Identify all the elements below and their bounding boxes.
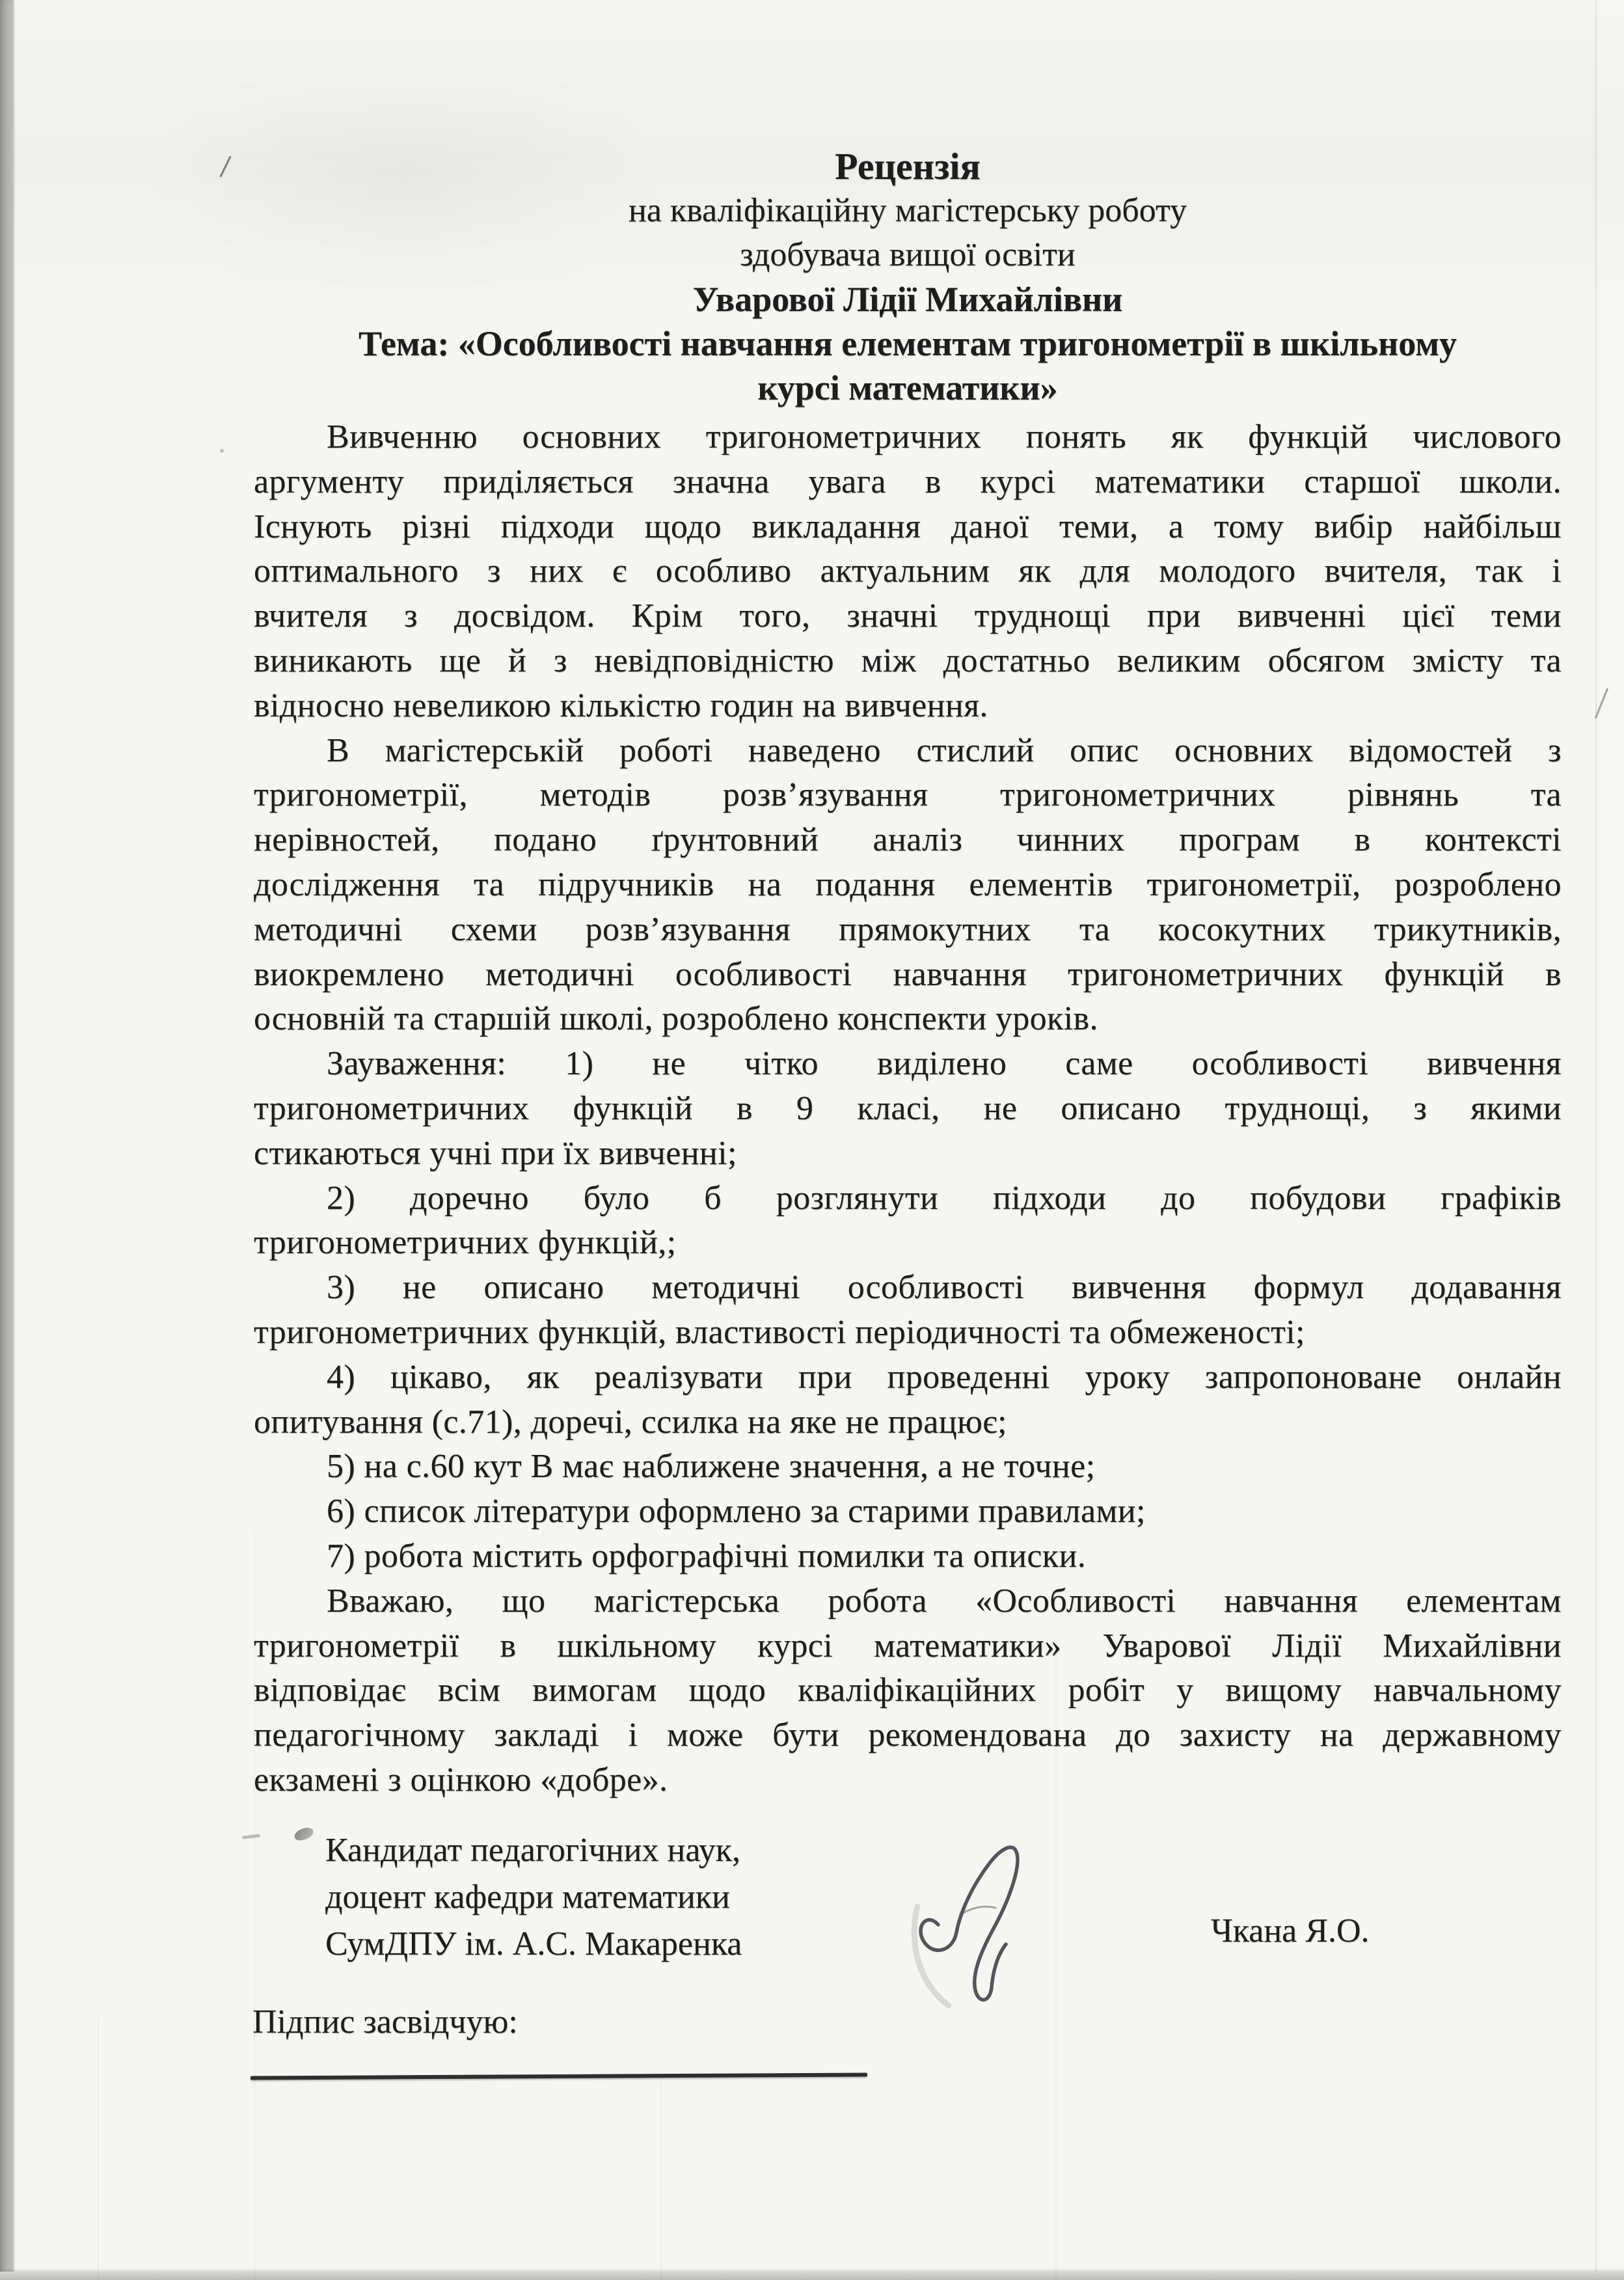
- document-header: Рецензіяна кваліфікаційну магістерську р…: [254, 144, 1562, 410]
- body-text-line: 3) не описано методичні особливості вивч…: [254, 1266, 1562, 1310]
- body-text-line: 4) цікаво, як реалізувати при проведенні…: [254, 1355, 1562, 1400]
- body-text-line: тригонометричних функцій, властивості пе…: [254, 1310, 1562, 1355]
- body-text-line: нерівностей, подано ґрунтовний аналіз чи…: [254, 818, 1562, 863]
- header-line: Уварової Лідії Михайлівни: [254, 277, 1562, 321]
- body-text-line: тригонометричних функцій,;: [254, 1221, 1562, 1266]
- body-text-line: відповідає всім вимогам щодо кваліфікаці…: [254, 1668, 1562, 1713]
- header-line: здобувача вищої освіти: [254, 233, 1562, 277]
- body-text-line: основній та старшій школі, розроблено ко…: [254, 997, 1562, 1042]
- header-line: Рецензія: [254, 144, 1562, 189]
- body-text-line: Вважаю, що магістерська робота «Особливо…: [254, 1579, 1562, 1624]
- pen-smudge: [242, 1834, 260, 1839]
- paper-left-edge: [13, 0, 16, 2280]
- body-text-line: вчителя з досвідом. Крім того, значні тр…: [254, 594, 1562, 639]
- scan-speck: [220, 449, 224, 453]
- body-text-line: оптимального з них є особливо актуальним…: [254, 549, 1562, 594]
- paper-crease: [98, 2017, 99, 2280]
- body-text-line: методичні схеми розв’язування прямокутни…: [254, 908, 1562, 953]
- signature-stroke: [921, 1847, 1018, 2000]
- header-line: на кваліфікаційну магістерську роботу: [254, 189, 1562, 233]
- header-line: Тема: «Особливості навчання елементам тр…: [254, 321, 1562, 366]
- body-text-line: педагогічному закладі і може бути рекоме…: [254, 1713, 1562, 1758]
- signer-name: Чкана Я.О.: [1211, 1910, 1370, 1952]
- body-text-line: Вивченню основних тригонометричних понят…: [254, 415, 1562, 460]
- signer-credential-line: Кандидат педагогічних наук,: [325, 1827, 950, 1874]
- paper-right-strip: [1597, 0, 1624, 2280]
- pen-stray-mark: [219, 156, 231, 178]
- body-text-line: екзамені з оцінкою «добре».: [254, 1758, 1562, 1803]
- body-text-line: стикаються учні при їх вивченні;: [254, 1132, 1562, 1176]
- pen-blot: [293, 1826, 315, 1842]
- body-text-line: 7) робота містить орфографічні помилки т…: [254, 1534, 1562, 1579]
- signature-line: [250, 2073, 867, 2080]
- body-text-line: тригонометрії в шкільному курсі математи…: [254, 1624, 1562, 1669]
- body-text-line: аргументу приділяється значна увага в ку…: [254, 460, 1562, 505]
- body-text-line: відносно невеликою кількістю годин на ви…: [254, 684, 1562, 729]
- signer-credential-line: доцент кафедри математики: [325, 1874, 950, 1921]
- signer-credentials: Кандидат педагогічних наук,доцент кафедр…: [325, 1827, 950, 1968]
- body-text-line: тригонометричних функцій в 9 класі, не о…: [254, 1087, 1562, 1132]
- body-text-line: 2) доречно було б розглянути підходи до …: [254, 1176, 1562, 1221]
- body-text-line: виникають ще й з невідповідністю між дос…: [254, 639, 1562, 684]
- body-text-line: Зауваження: 1) не чітко виділено саме ос…: [254, 1042, 1562, 1087]
- scanner-bottom-band: [0, 2272, 1624, 2280]
- scanned-document-page: Рецензіяна кваліфікаційну магістерську р…: [0, 0, 1624, 2280]
- body-text-line: Існують різні підходи щодо викладання да…: [254, 505, 1562, 550]
- body-text-line: 5) на с.60 кут В має наближене значення,…: [254, 1445, 1562, 1489]
- body-text-line: виокремлено методичні особливості навчан…: [254, 953, 1562, 998]
- handwritten-signature: [898, 1828, 1067, 2017]
- certify-label: Підпис засвідчую:: [252, 1999, 518, 2046]
- scanner-left-band: [0, 0, 13, 2280]
- body-text-line: 6) список літератури оформлено за старим…: [254, 1489, 1562, 1534]
- document-body: Вивченню основних тригонометричних понят…: [254, 415, 1562, 1803]
- body-text-line: дослідження та підручників на подання ел…: [254, 863, 1562, 908]
- paper-crease: [660, 2082, 662, 2280]
- signer-credential-line: СумДПУ ім. А.С. Макаренка: [325, 1921, 950, 1968]
- body-text-line: тригонометрії, методів розв’язування три…: [254, 773, 1562, 818]
- body-text-line: В магістерській роботі наведено стислий …: [254, 729, 1562, 774]
- header-line: курсі математики»: [254, 366, 1562, 410]
- paper-fold-line: [1595, 0, 1597, 2280]
- body-text-line: опитування (с.71), доречі, ссилка на яке…: [254, 1400, 1562, 1445]
